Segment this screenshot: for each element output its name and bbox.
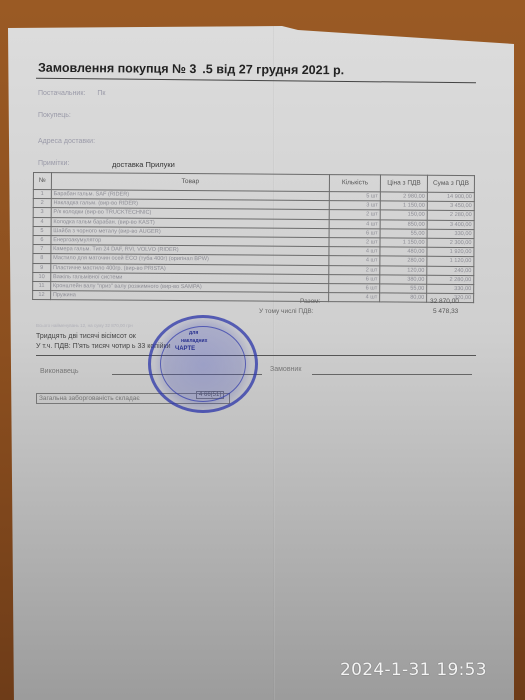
row-number: 8 xyxy=(33,254,51,263)
delivery-address-label: Адреса доставки: xyxy=(38,138,95,145)
row-number: 9 xyxy=(33,263,51,272)
row-sum: 3 400,00 xyxy=(427,220,474,230)
executor-label: Виконавець xyxy=(40,368,79,375)
row-quantity: 2 шт xyxy=(329,210,380,220)
row-number: 11 xyxy=(33,281,51,290)
row-price: 55,00 xyxy=(380,229,427,239)
photo-timestamp: 2024-1-31 19:53 xyxy=(340,660,487,680)
vat-label: У тому числі ПДВ: xyxy=(259,308,314,315)
row-number: 2 xyxy=(33,199,51,208)
row-quantity: 2 шт xyxy=(329,265,380,275)
row-quantity: 4 шт xyxy=(329,247,380,257)
row-number: 12 xyxy=(33,291,51,300)
row-price: 2 980,00 xyxy=(380,192,427,202)
row-sum: 14 900,00 xyxy=(427,192,474,202)
row-product: Пружина xyxy=(50,291,328,302)
notes-field: Примітки: xyxy=(38,160,69,167)
row-sum: 3 450,00 xyxy=(427,201,474,211)
notes-value: доставка Прилуки xyxy=(112,160,175,169)
supplier-field: Постачальник: Пк xyxy=(38,90,105,97)
row-quantity: 6 шт xyxy=(329,228,380,238)
row-number: 5 xyxy=(33,226,51,235)
buyer-field: Покупець: xyxy=(38,112,71,119)
buyer-label: Покупець: xyxy=(38,112,71,119)
delivery-address-field: Адреса доставки: xyxy=(38,138,95,145)
vat-value: 5 478,33 xyxy=(433,308,458,315)
row-number: 6 xyxy=(33,235,51,244)
row-sum: 2 280,00 xyxy=(427,275,474,285)
row-price: 480,00 xyxy=(380,247,427,257)
document-paper xyxy=(8,26,514,700)
row-quantity: 4 шт xyxy=(329,256,380,266)
items-table: № Товар Кількість Ціна з ПДВ Сума з ПДВ … xyxy=(32,172,475,303)
row-quantity: 2 шт xyxy=(329,238,380,248)
supplier-label: Постачальник: xyxy=(38,90,85,97)
items-count-note: Всього найменувань 12, на суму 32 870,00… xyxy=(36,323,133,328)
notes-label: Примітки: xyxy=(38,160,69,167)
total-value: 32 870,00 xyxy=(430,298,459,305)
row-price: 120,00 xyxy=(380,265,427,275)
row-sum: 2 300,00 xyxy=(427,238,474,248)
row-price: 80,00 xyxy=(380,293,427,303)
total-label: Разом: xyxy=(300,298,320,305)
col-sum: Сума з ПДВ xyxy=(427,175,474,192)
customer-label: Замовник xyxy=(270,366,301,373)
row-quantity: 5 шт xyxy=(329,192,380,202)
row-price: 150,00 xyxy=(380,210,427,220)
row-number: 4 xyxy=(33,217,51,226)
col-number: № xyxy=(33,173,51,190)
col-product: Товар xyxy=(51,173,329,192)
stamp-text-top: для xyxy=(189,330,198,336)
row-number: 3 xyxy=(33,208,51,217)
document-title: Замовлення покупця № 3 .5 від 27 грудня … xyxy=(38,61,344,78)
row-quantity: 4 шт xyxy=(329,293,380,303)
row-quantity: 3 шт xyxy=(329,201,380,211)
row-sum: 330,00 xyxy=(427,229,474,239)
customer-signature-line xyxy=(312,374,472,375)
amount-in-words: Тридцять дві тисячі вісімсот ок xyxy=(36,333,136,340)
row-sum: 1 120,00 xyxy=(427,257,474,267)
row-price: 1 150,00 xyxy=(380,238,427,248)
row-sum: 330,00 xyxy=(427,284,474,294)
row-quantity: 4 шт xyxy=(329,219,380,229)
stamp-text-mid: накладних xyxy=(181,338,207,344)
row-number: 1 xyxy=(33,190,51,199)
company-stamp: для накладних ЧАРТЕ xyxy=(148,315,258,413)
row-price: 850,00 xyxy=(380,219,427,229)
stamp-text-bottom: ЧАРТЕ xyxy=(175,346,195,352)
row-number: 7 xyxy=(33,245,51,254)
col-price: Ціна з ПДВ xyxy=(381,175,428,192)
paper-fold xyxy=(273,26,275,700)
row-price: 380,00 xyxy=(380,275,427,285)
row-quantity: 6 шт xyxy=(329,274,380,284)
row-sum: 2 280,00 xyxy=(427,211,474,221)
row-sum: 1 920,00 xyxy=(427,247,474,257)
row-price: 55,00 xyxy=(380,284,427,294)
supplier-value: Пк xyxy=(97,90,105,97)
row-sum: 240,00 xyxy=(427,266,474,276)
col-quantity: Кількість xyxy=(329,175,380,192)
row-number: 10 xyxy=(33,272,51,281)
row-price: 280,00 xyxy=(380,256,427,266)
row-price: 1 150,00 xyxy=(380,201,427,211)
row-quantity: 6 шт xyxy=(329,283,380,293)
